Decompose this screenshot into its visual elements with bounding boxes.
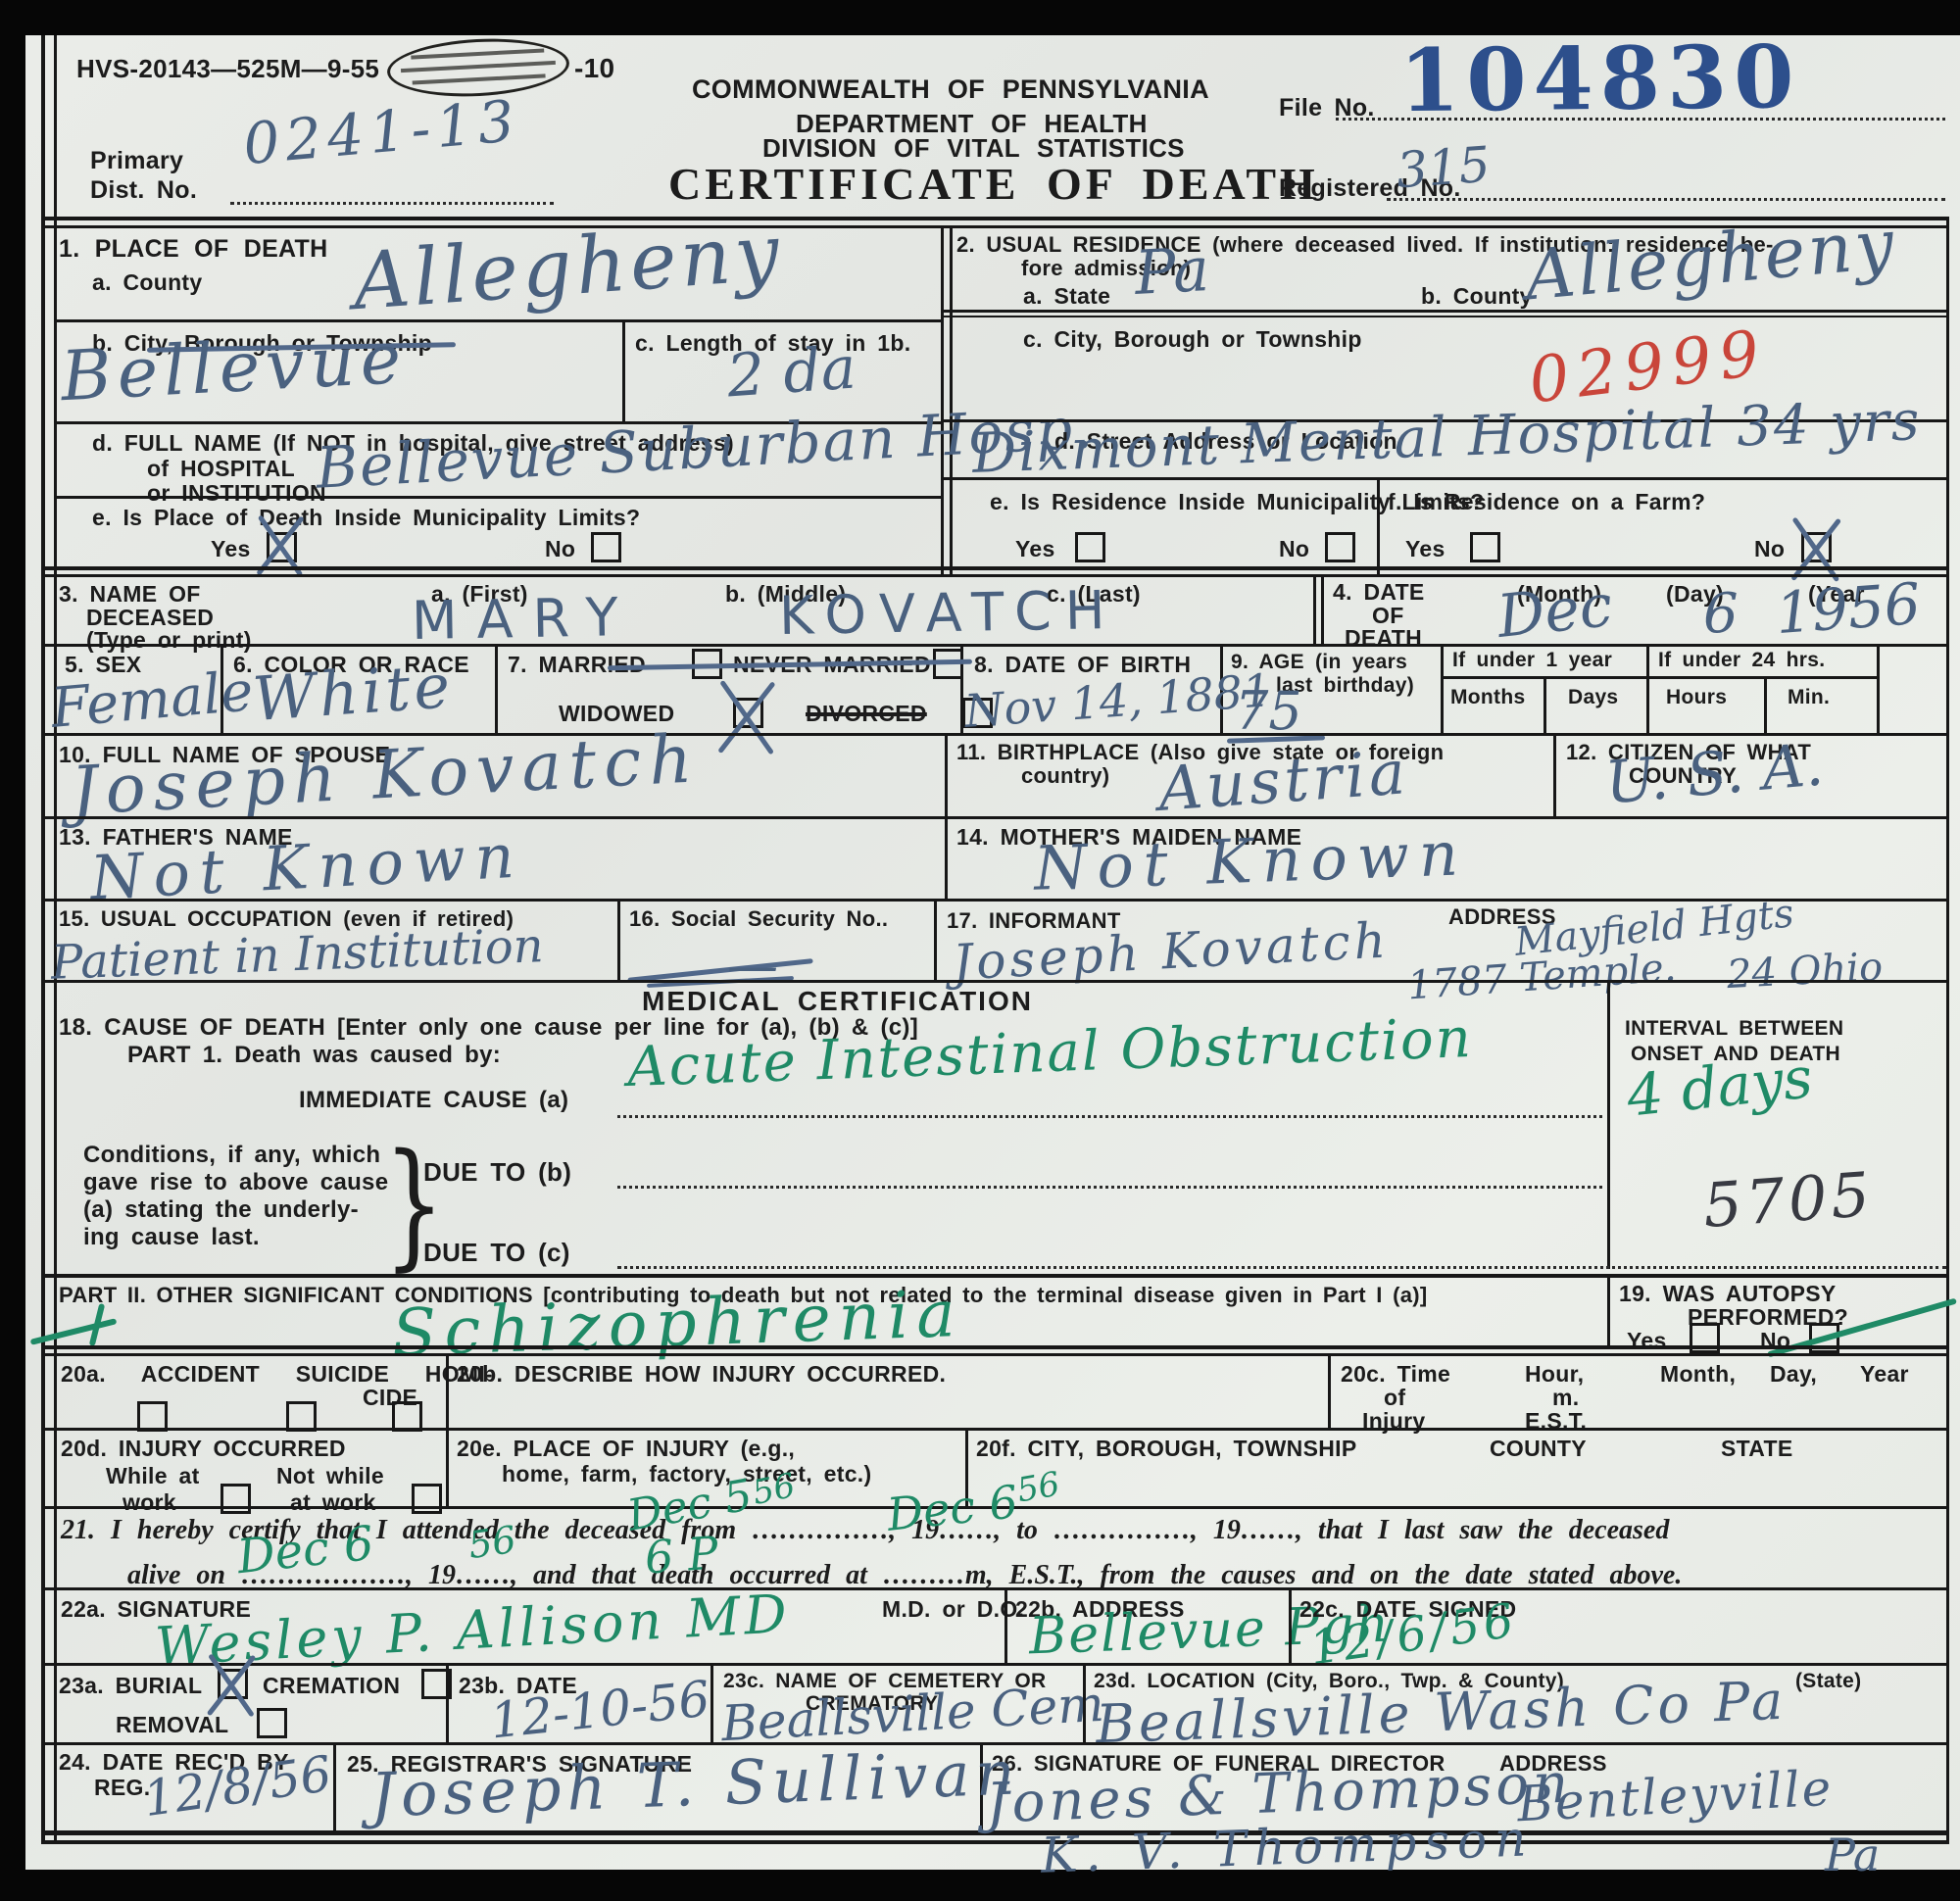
s1e-yes-label: Yes	[211, 537, 251, 562]
rule	[1377, 477, 1380, 574]
rule	[1313, 574, 1316, 644]
rule	[1607, 1278, 1610, 1348]
s1d-label2: of HOSPITAL	[147, 457, 295, 482]
s18-cond1: Conditions, if any, which	[83, 1143, 380, 1169]
s18-due-b-label: DUE TO (b)	[423, 1158, 571, 1187]
s9-label: 9. AGE (in years	[1231, 651, 1407, 674]
rule	[57, 319, 941, 322]
s3-first-value: MARY	[412, 592, 638, 646]
rule	[41, 1345, 1949, 1349]
s2e-yes-checkbox	[1075, 532, 1105, 562]
s9-min-label: Min.	[1788, 686, 1830, 709]
s1e-label: e. Is Place of Death Inside Municipality…	[92, 506, 640, 531]
s18-due-c-label: DUE TO (c)	[423, 1239, 570, 1267]
s4-year-value: 1956	[1774, 577, 1922, 641]
s4-title: 4. DATE	[1333, 580, 1425, 606]
s21-alive-date: Dec 6	[235, 1522, 376, 1581]
s18-part1-label: PART 1. Death was caused by:	[127, 1043, 501, 1069]
s4-month-value: Dec	[1494, 578, 1615, 646]
commonwealth-line: COMMONWEALTH OF PENNSYLVANIA	[692, 74, 1209, 104]
s21-to-date: Dec 6	[885, 1481, 1020, 1536]
due-c-line	[617, 1266, 1946, 1269]
s20c-month: Month,	[1660, 1362, 1736, 1388]
s2f-yes-label: Yes	[1405, 537, 1445, 562]
s17-address3: 24 Ohio	[1726, 949, 1884, 994]
rule	[1764, 676, 1767, 733]
s20d-atwork: at work	[290, 1490, 376, 1516]
primary-dist-line	[230, 202, 554, 205]
rule	[41, 1428, 1949, 1431]
s16-label: 16. Social Security No..	[629, 907, 888, 932]
s3-last-value: KOVATCH	[779, 585, 1119, 641]
rule	[495, 644, 498, 733]
s2e-no-label: No	[1279, 537, 1309, 562]
rule	[41, 1663, 1949, 1666]
burial-xmark	[208, 1652, 255, 1719]
s7-divorced-label: DIVORCED	[806, 702, 927, 727]
s3-title: 3. NAME OF	[59, 582, 201, 608]
s9-months-label: Months	[1450, 686, 1525, 709]
s2b-label: b. County	[1421, 284, 1533, 310]
s20f-label: 20f. CITY, BOROUGH, TOWNSHIP	[976, 1437, 1356, 1462]
rule	[945, 733, 948, 816]
rule	[1328, 1356, 1331, 1428]
rule	[41, 1353, 1949, 1356]
s12-value: U. S. A.	[1603, 737, 1826, 811]
not-while-at-work-checkbox	[412, 1484, 442, 1514]
rule	[1946, 218, 1949, 1840]
s1c-value: 2 da	[725, 340, 857, 405]
s18-cond2: gave rise to above cause	[83, 1170, 388, 1196]
removal-checkbox	[257, 1708, 287, 1738]
s20f-county: COUNTY	[1490, 1437, 1587, 1462]
s20d-label: 20d. INJURY OCCURRED	[61, 1437, 346, 1462]
s1b-value: Bellevue	[60, 326, 409, 410]
rule	[944, 477, 1946, 480]
s21-to-year: 56	[1015, 1468, 1062, 1506]
s2a-label: a. State	[1023, 284, 1110, 310]
s2e-yes-label: Yes	[1015, 537, 1055, 562]
s1-title: 1. PLACE OF DEATH	[59, 235, 328, 263]
rule	[41, 733, 1949, 736]
rule	[1004, 1587, 1007, 1663]
s20c-hour: Hour,	[1525, 1362, 1584, 1388]
certificate-title: CERTIFICATE OF DEATH	[668, 159, 1319, 210]
s2e-no-checkbox	[1325, 532, 1355, 562]
rule	[1321, 574, 1324, 644]
s21-from-year: 56	[750, 1470, 798, 1510]
file-no-stamp: 104830	[1398, 25, 1800, 131]
s20d-notwhile: Not while	[276, 1464, 384, 1489]
s11-value: Austria	[1156, 744, 1410, 819]
due-b-line	[617, 1186, 1602, 1189]
rule	[41, 899, 1949, 902]
rule	[945, 816, 948, 899]
s9-value: 75	[1235, 686, 1302, 736]
rule	[1289, 1587, 1292, 1663]
stamp-suffix: -10	[574, 53, 614, 83]
rule	[57, 496, 941, 499]
rule	[41, 566, 1949, 570]
s18-immediate-label: IMMEDIATE CAUSE (a)	[299, 1088, 568, 1114]
rule	[41, 1840, 1949, 1844]
s4-day-value: 6	[1703, 588, 1739, 640]
s20d-work: work	[122, 1490, 176, 1516]
rule	[446, 1356, 449, 1428]
s23a-cremation-label: CREMATION	[263, 1674, 400, 1699]
s20c-label: 20c. Time	[1341, 1362, 1450, 1388]
s5-value: Female	[49, 665, 255, 735]
medical-cert-header: MEDICAL CERTIFICATION	[642, 986, 1033, 1016]
rule	[41, 1274, 1949, 1278]
rule	[1646, 644, 1649, 733]
rule	[41, 217, 1949, 220]
s9-under24-label: If under 24 hrs.	[1658, 649, 1825, 672]
interval-label: INTERVAL BETWEEN	[1625, 1017, 1843, 1041]
s1e-no-checkbox	[591, 532, 621, 562]
s20d-while: While at	[106, 1464, 200, 1489]
s20c-m: m.	[1552, 1386, 1579, 1411]
rule	[1543, 676, 1546, 733]
rule	[1083, 1663, 1086, 1742]
s1d-label3: or INSTITUTION	[147, 481, 326, 507]
registered-no: 315	[1395, 142, 1492, 195]
s20f-state: STATE	[1721, 1437, 1792, 1462]
s22-md-label: M.D. or D.O.	[882, 1597, 1024, 1623]
s20c-day: Day,	[1770, 1362, 1817, 1388]
rule	[710, 1663, 713, 1742]
s3-title3: (Type or print)	[86, 628, 252, 654]
primary-label: Primary	[90, 147, 183, 174]
rule	[944, 310, 1946, 313]
s20c-year: Year	[1860, 1362, 1909, 1388]
s26-address2: Pa	[1825, 1834, 1880, 1877]
s16-value: —	[727, 943, 778, 991]
rule	[41, 35, 45, 1840]
registered-line	[1387, 198, 1945, 201]
s2f-yes-checkbox	[1470, 532, 1500, 562]
rule	[41, 1587, 1949, 1590]
s23a-label: 23a. BURIAL	[59, 1674, 202, 1699]
s19-yes-label: Yes	[1627, 1329, 1667, 1354]
form-code: HVS-20143—525M—9-55	[76, 55, 379, 83]
rule	[41, 980, 1949, 983]
s26-signature2: K. V. Thompson	[1040, 1816, 1535, 1879]
s9-days-label: Days	[1568, 686, 1618, 709]
s19-label: 19. WAS AUTOPSY	[1619, 1282, 1837, 1307]
s21-alive-year: 56	[466, 1522, 518, 1563]
s2f-no-label: No	[1754, 537, 1785, 562]
rule	[41, 574, 1949, 577]
cause-a-line	[617, 1115, 1602, 1118]
s9-under1-label: If under 1 year	[1452, 649, 1612, 672]
s20b-label: 20b. DESCRIBE HOW INJURY OCCURRED.	[457, 1362, 946, 1388]
s23d-state-label: (State)	[1795, 1670, 1861, 1693]
rule	[1441, 676, 1880, 679]
s18-cond3: (a) stating the underly-	[83, 1197, 359, 1224]
s21-time: 6 P	[644, 1532, 720, 1580]
s18-interval-a: 4 days	[1625, 1050, 1815, 1124]
rule	[41, 644, 1949, 647]
s18-cond4: ing cause last.	[83, 1225, 260, 1251]
s20a-label: 20a. ACCIDENT SUICIDE HOMI-	[61, 1362, 493, 1388]
rule	[622, 319, 625, 421]
rule	[1877, 644, 1880, 733]
s1e-no-label: No	[545, 537, 575, 562]
primary-dist-label: Dist. No.	[90, 176, 197, 204]
rule	[41, 816, 1949, 819]
s7-widowed-xmark	[721, 678, 772, 756]
rule	[333, 1742, 336, 1830]
s1a-label: a. County	[92, 270, 202, 296]
s11-label2: country)	[1021, 764, 1109, 789]
rule	[934, 899, 937, 980]
rule	[944, 316, 1946, 317]
rule	[617, 899, 620, 980]
s20c-of: of	[1384, 1386, 1405, 1411]
s2a-value: Pa	[1134, 241, 1211, 303]
s2c-label: c. City, Borough or Township	[1023, 327, 1362, 353]
while-at-work-checkbox	[220, 1484, 251, 1514]
s2f-label: f. Is Residence on a Farm?	[1388, 490, 1705, 515]
s14-value: Not Known	[1033, 825, 1469, 898]
s6-value: White	[251, 658, 456, 729]
s20e-label: 20e. PLACE OF INJURY (e.g.,	[457, 1437, 795, 1462]
rule	[446, 1663, 449, 1742]
rule	[1607, 980, 1610, 1269]
s18-code: 5705	[1701, 1166, 1875, 1236]
death-certificate-scan: HVS-20143—525M—9-55 -10 COMMONWEALTH OF …	[0, 0, 1960, 1901]
rule	[446, 1428, 449, 1506]
s9-hours-label: Hours	[1666, 686, 1727, 709]
s23a-removal-label: REMOVAL	[116, 1713, 228, 1738]
rule	[1441, 644, 1444, 733]
s4-title3: DEATH	[1345, 626, 1422, 652]
rule	[1553, 733, 1556, 816]
